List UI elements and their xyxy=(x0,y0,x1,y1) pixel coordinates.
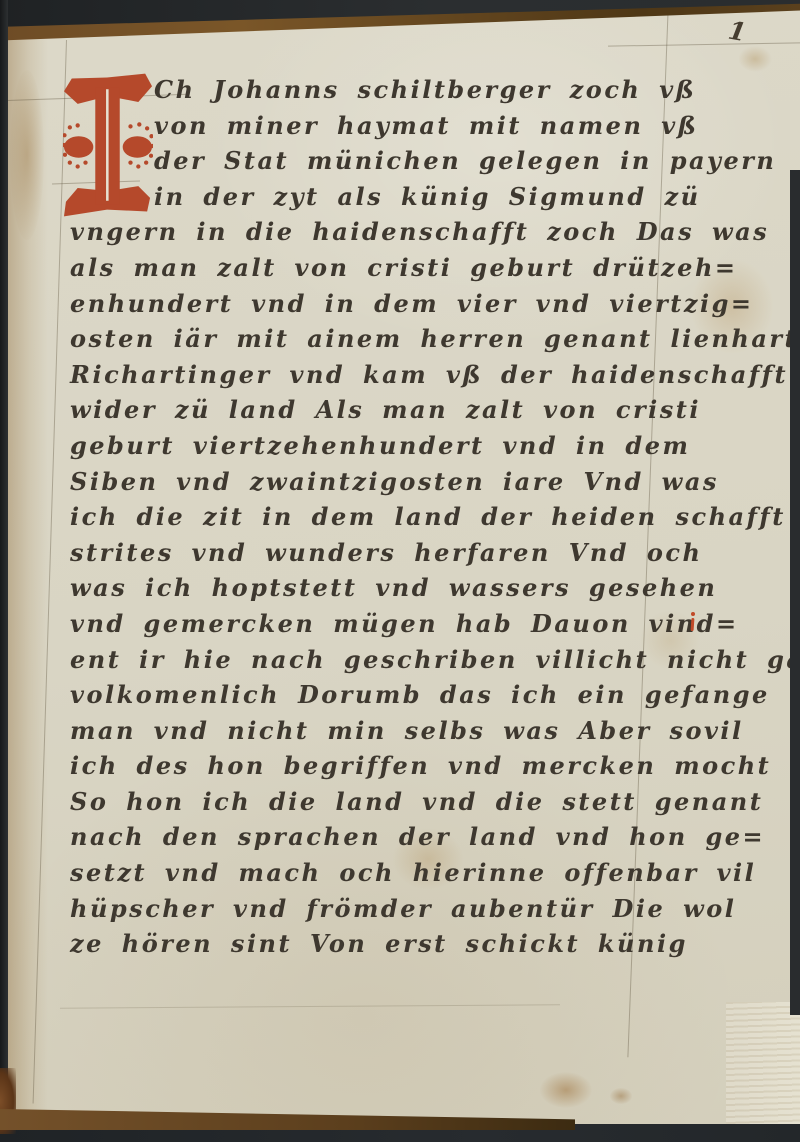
folio-number: 1 xyxy=(725,16,760,55)
text-line: So hon ich die land vnd die stett genant xyxy=(70,784,735,820)
text-line: vngern in die haidenschafft zoch Das was xyxy=(70,214,735,250)
text-line: ich die zit in dem land der heiden schaf… xyxy=(70,499,735,535)
text-line: strites vnd wunders herfaren Vnd och xyxy=(70,535,735,571)
text-line: hüpscher vnd frömder aubentür Die wol xyxy=(70,891,735,927)
text-line: Ch Johanns schiltberger zoch vß xyxy=(70,72,735,108)
manuscript-photo: { "manuscript": { "folio_number": "1", "… xyxy=(0,0,800,1142)
text-line: Siben vnd zwaintzigosten iare Vnd was xyxy=(70,464,735,500)
photo-edge-right xyxy=(790,170,800,1015)
text-line: ze hören sint Von erst schickt künig xyxy=(70,926,735,962)
text-block: Ch Johanns schiltberger zoch vß von mine… xyxy=(70,72,735,962)
text-line: ent ir hie nach geschriben villicht nich… xyxy=(70,642,735,678)
text-line: ich des hon begriffen vnd mercken mocht xyxy=(70,748,735,784)
rubric-mark-stroke xyxy=(691,618,695,631)
text-line: setzt vnd mach och hierinne offenbar vil xyxy=(70,855,735,891)
text-line: geburt viertzehenhundert vnd in dem xyxy=(70,428,735,464)
rubric-mark-dot xyxy=(691,612,695,616)
text-line: volkomenlich Dorumb das ich ein gefange xyxy=(70,677,735,713)
rubric-insertion-mark xyxy=(688,612,696,632)
text-line: enhundert vnd in dem vier vnd viertzig= xyxy=(70,286,735,322)
text-line: Richartinger vnd kam vß der haidenschaff… xyxy=(70,357,735,393)
text-line: von miner haymat mit namen vß xyxy=(70,108,735,144)
book-fore-edge-pages xyxy=(726,1002,800,1128)
binding-edge-left xyxy=(0,0,8,1142)
text-line: man vnd nicht min selbs was Aber sovil xyxy=(70,713,735,749)
text-line: was ich hoptstett vnd wassers gesehen xyxy=(70,570,735,606)
text-line: in der zyt als künig Sigmund zü xyxy=(70,179,735,215)
gutter-shadow xyxy=(6,8,48,1130)
text-line: osten iär mit ainem herren genant lienha… xyxy=(70,321,735,357)
text-line: wider zü land Als man zalt von cristi xyxy=(70,392,735,428)
text-line: als man zalt von cristi geburt drützeh= xyxy=(70,250,735,286)
text-line: nach den sprachen der land vnd hon ge= xyxy=(70,819,735,855)
text-line: vnd gemercken mügen hab Dauon vind= xyxy=(70,606,735,642)
text-line: der Stat münichen gelegen in payern xyxy=(70,143,735,179)
